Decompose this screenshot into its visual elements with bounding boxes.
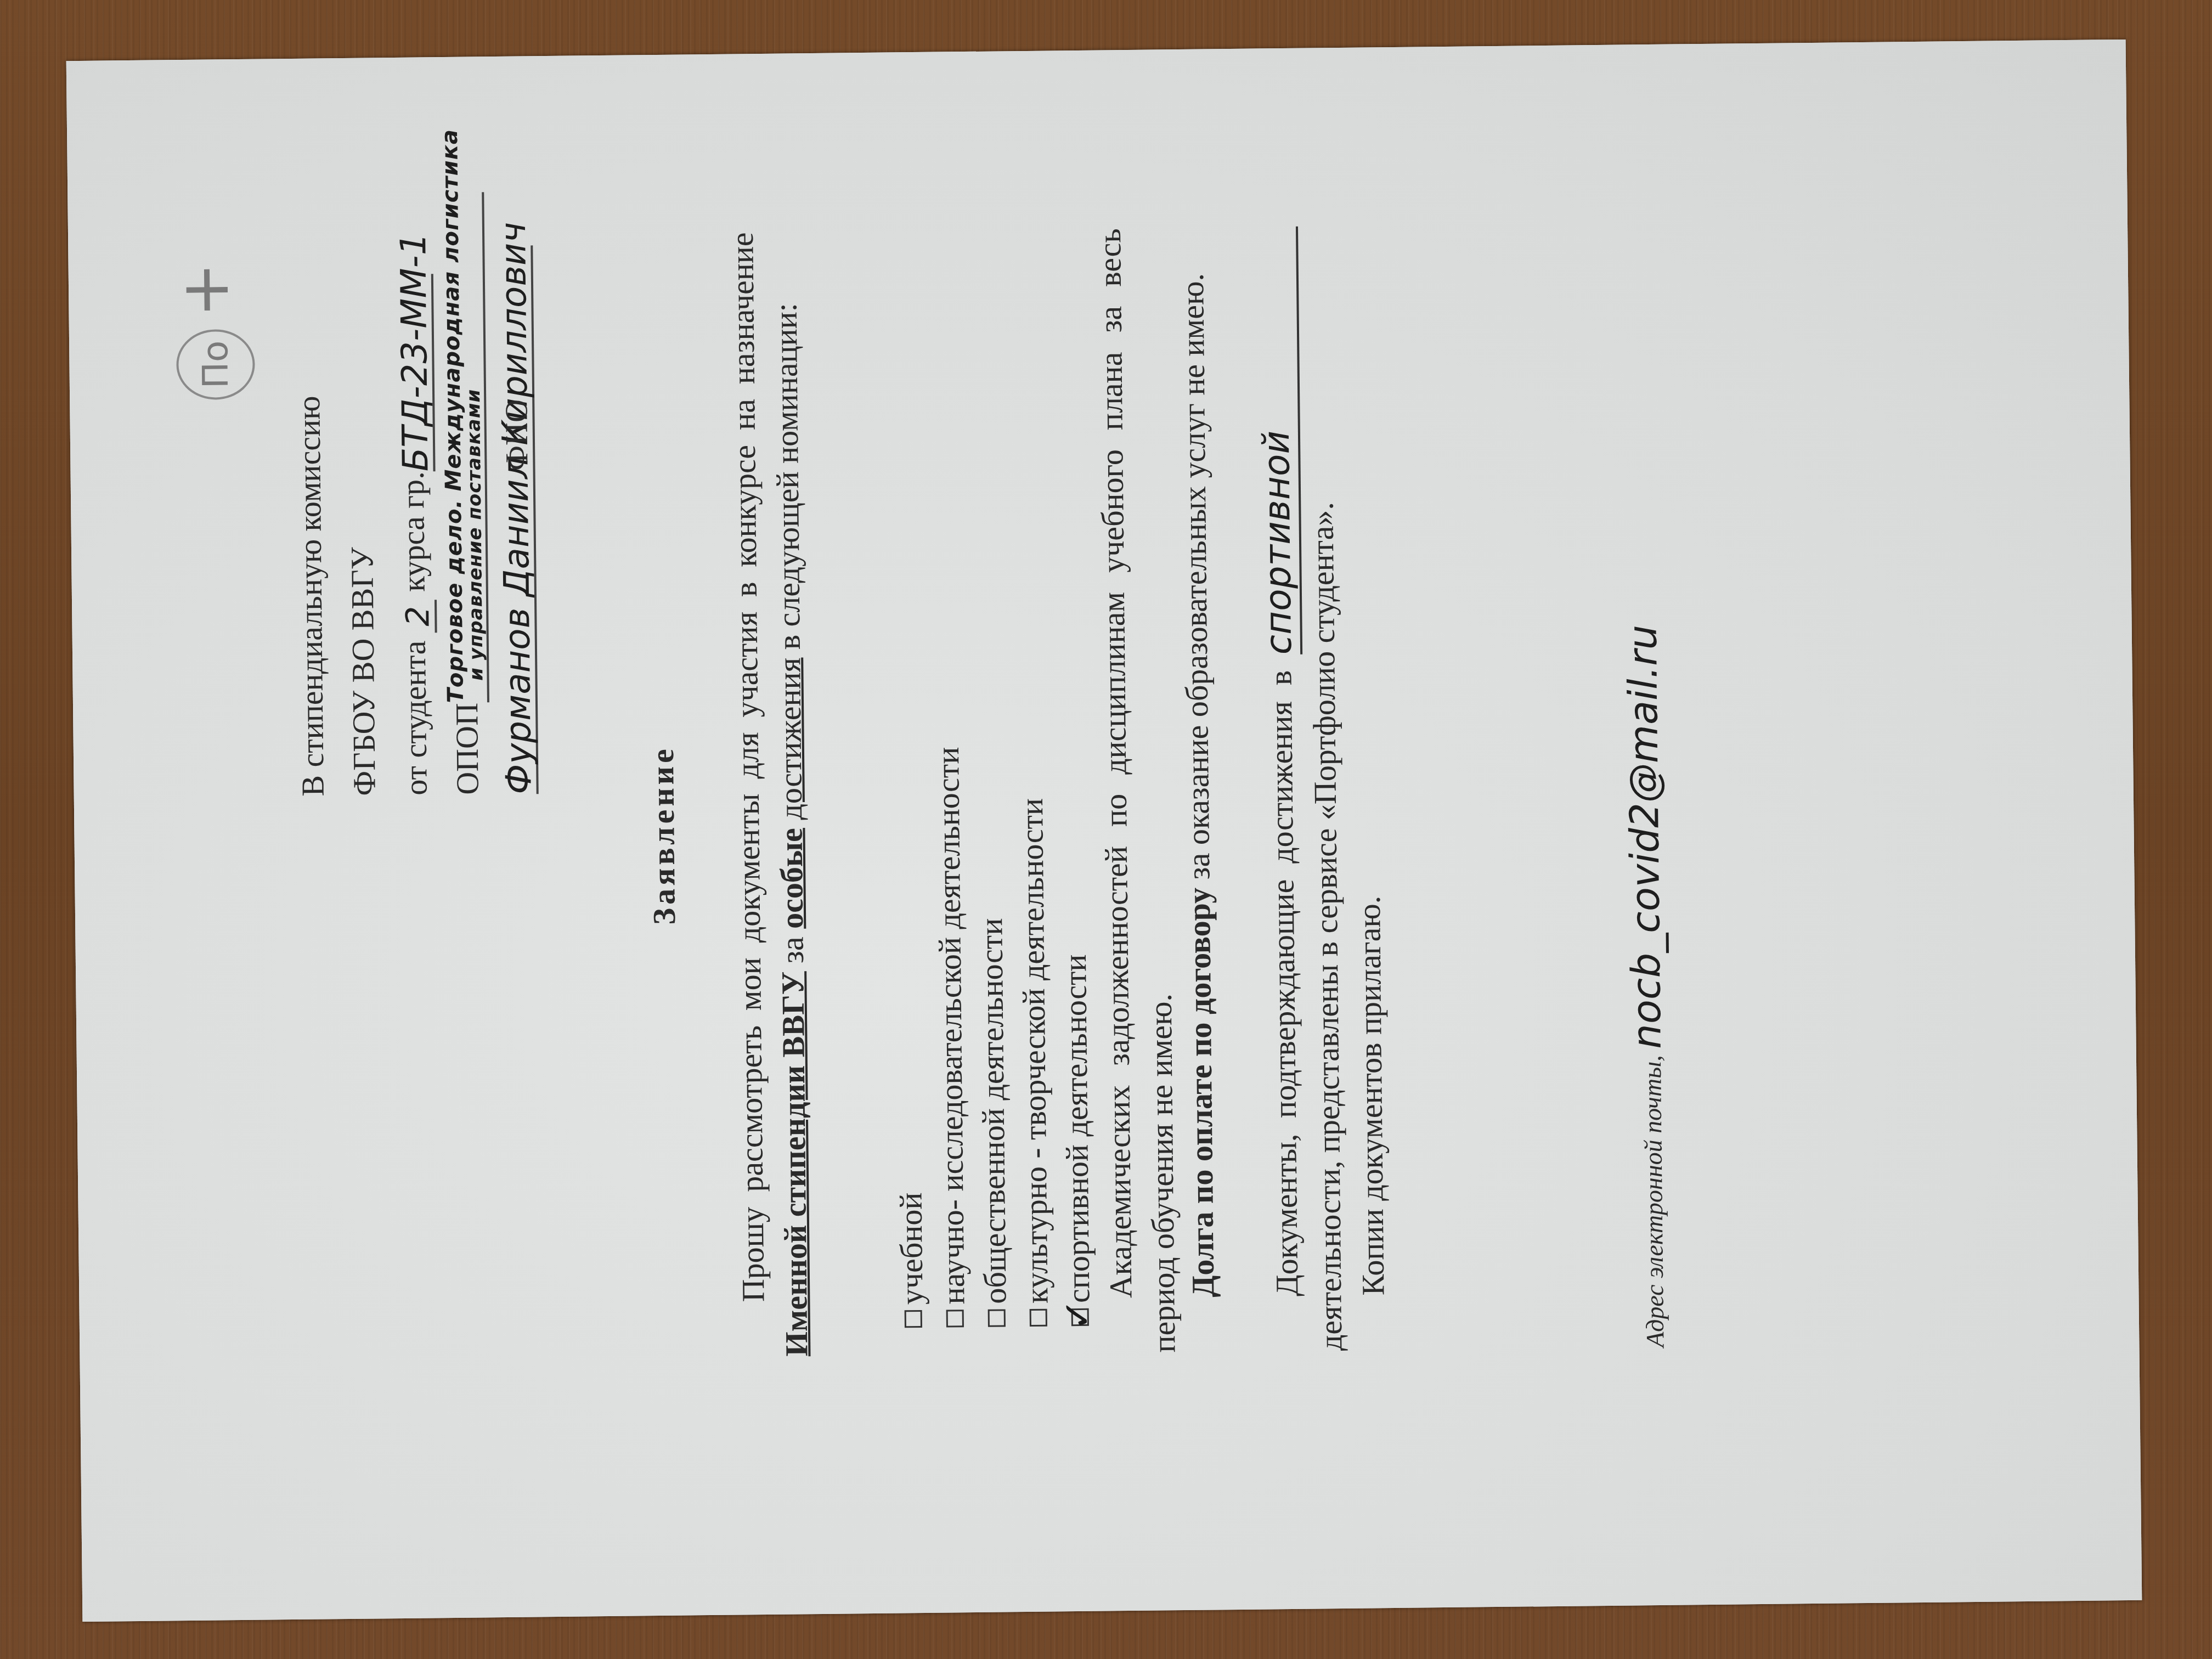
email-value: nocb_covid2@mail.ru <box>1620 624 1670 1049</box>
checkbox-checked[interactable]: ✓ <box>1071 1308 1089 1326</box>
email-line: Адрес электронной почты, nocb_covid2@mai… <box>1620 624 1673 1347</box>
academic-debts-paragraph: Академических задолженностей по дисципли… <box>1088 228 1186 1353</box>
circled-note: По <box>176 329 255 400</box>
request-text-before: Прошу рассмотреть мои документы для учас… <box>724 232 771 1302</box>
nomination-option[interactable]: научно- исследовательской деятельности <box>927 747 975 1327</box>
scholarship-name: Именной стипендии ВВГУ <box>775 971 814 1357</box>
checkmark-icon: ✓ <box>1056 1299 1098 1331</box>
opop-value-line2: и управление поставками <box>461 193 487 703</box>
checkbox[interactable] <box>988 1309 1006 1327</box>
nominations-list: учебной научно- исследовательской деятел… <box>885 746 1100 1328</box>
payment-debt-rest: за оказание образовательных услуг не име… <box>1175 273 1217 880</box>
request-text-after: в следующей номинации: <box>768 303 807 650</box>
addressee-line1: В стипендиальную комиссию <box>283 83 336 797</box>
request-paragraph: Прошу рассмотреть мои документы для учас… <box>721 232 818 1357</box>
course-field: 2 <box>400 600 437 633</box>
course-suffix: курса гр. <box>395 471 432 592</box>
addressee-line2: ФГБОУ ВО ВВГУ <box>335 82 387 796</box>
student-line: от студента 2 курса гр.БТД-23-ММ-1 <box>386 82 439 795</box>
documents-text-after: деятельности, представлены в сервисе «По… <box>1304 502 1348 1351</box>
nomination-option[interactable]: общественной деятельности <box>969 747 1017 1327</box>
nomination-option[interactable]: культурно - творческой деятельности <box>1011 746 1058 1327</box>
document-title: Заявление <box>637 55 690 1616</box>
nomination-label: спортивной деятельности <box>1054 954 1100 1303</box>
request-text-mid: за <box>774 936 810 963</box>
checkbox[interactable] <box>1030 1309 1047 1327</box>
nomination-label: культурно - творческой деятельности <box>1011 798 1058 1304</box>
documents-field: спортивной <box>1253 227 1302 655</box>
opop-value-line1: Торговое дело. Международная логистика <box>440 193 466 703</box>
documents-text-before: Документы, подтверждающие достижения в <box>1262 670 1305 1297</box>
student-prefix: от студента <box>397 640 434 795</box>
application-sheet: По + В стипендиальную комиссию ФГБОУ ВО … <box>66 39 2142 1622</box>
documents-paragraph: Документы, подтверждающие достижения в с… <box>1253 226 1352 1352</box>
nomination-label: учебной <box>890 1192 933 1305</box>
request-underlined-word: достижения <box>771 657 809 820</box>
checkbox[interactable] <box>905 1310 922 1328</box>
checkbox[interactable] <box>946 1310 964 1327</box>
opop-field: Торговое дело. Международная логистика и… <box>440 193 489 703</box>
opop-line: ОПОП Торговое дело. Международная логист… <box>438 81 490 795</box>
fio-label: ФИО <box>498 399 535 471</box>
group-field: БТД-23-ММ-1 <box>397 274 436 472</box>
fio-field: Фурманов Даниил Кириллович <box>496 245 538 794</box>
email-label: Адрес электронной почты, <box>1638 1055 1669 1347</box>
plus-mark-icon: + <box>173 262 239 318</box>
nomination-option[interactable]: учебной <box>885 747 933 1328</box>
opop-label: ОПОП <box>449 703 486 795</box>
payment-debt-bold: Долга по оплате по договору <box>1181 888 1221 1297</box>
request-bold-word: особые <box>773 828 810 929</box>
nomination-label: общественной деятельности <box>970 918 1016 1304</box>
margin-mark: По + <box>176 329 255 400</box>
nomination-option-checked[interactable]: ✓спортивной деятельности <box>1052 746 1100 1326</box>
nomination-label: научно- исследовательской деятельности <box>927 747 975 1304</box>
circled-note-text: По <box>195 340 236 388</box>
